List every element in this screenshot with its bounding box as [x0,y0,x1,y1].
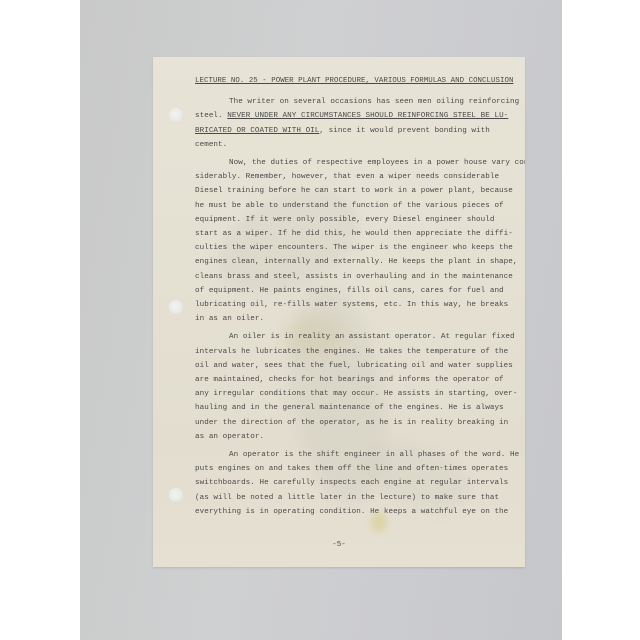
text-line: are maintained, checks for hot bearings … [195,373,511,387]
text-line: switchboards. He carefully inspects each… [195,476,511,490]
punch-hole [169,108,183,122]
text-line: steel. NEVER UNDER ANY CIRCUMSTANCES SHO… [195,109,511,123]
text-line: An operator is the shift engineer in all… [195,448,511,462]
underlined-warning: BRICATED OR COATED WITH OIL [195,127,319,135]
text-line: BRICATED OR COATED WITH OIL, since it wo… [195,124,511,138]
text-line: Diesel training before he can start to w… [195,184,511,198]
text-line: engines clean, internally and externally… [195,255,511,269]
text-line: as an operator. [195,430,511,444]
text-line: under the direction of the operator, as … [195,416,511,430]
lecture-heading: LECTURE NO. 25 - POWER PLANT PROCEDURE, … [195,74,511,88]
text-line: siderably. Remember, however, that even … [195,170,511,184]
text-line: intervals he lubricates the engines. He … [195,345,511,359]
text-line: puts engines on and takes them off the l… [195,462,511,476]
text-line: hauling and in the general maintenance o… [195,401,511,415]
text-line: start as a wiper. If he did this, he wou… [195,227,511,241]
typewritten-page: LECTURE NO. 25 - POWER PLANT PROCEDURE, … [153,57,525,567]
text-fragment: steel. [195,112,223,120]
text-fragment: , since it would prevent bonding with [319,127,489,135]
punch-hole [169,488,183,502]
text-line: An oiler is in reality an assistant oper… [195,330,511,344]
text-line: cleans brass and steel, assists in overh… [195,270,511,284]
paragraph-operator-duties: An operator is the shift engineer in all… [195,448,511,519]
text-line: of equipment. He paints engines, fills o… [195,284,511,298]
text-line: lubricating oil, re-fills water systems,… [195,298,511,312]
text-line: cement. [195,138,511,152]
text-line: equipment. If it were only possible, eve… [195,213,511,227]
text-line: in as an oiler. [195,312,511,326]
text-line: everything is in operating condition. He… [195,505,511,519]
paragraph-oiling-steel: The writer on several occasions has seen… [195,95,511,152]
text-line: Now, the duties of respective employees … [195,156,511,170]
text-line: (as will be noted a little later in the … [195,491,511,505]
text-line: The writer on several occasions has seen… [195,95,511,109]
punch-hole [169,300,183,314]
paragraph-oiler-duties: An oiler is in reality an assistant oper… [195,330,511,444]
page-number: -5- [153,541,525,549]
underlined-warning: NEVER UNDER ANY CIRCUMSTANCES SHOULD REI… [227,112,508,120]
text-line: he must be able to understand the functi… [195,199,511,213]
text-line: culties the wiper encounters. The wiper … [195,241,511,255]
paragraph-wiper-duties: Now, the duties of respective employees … [195,156,511,326]
document-body: LECTURE NO. 25 - POWER PLANT PROCEDURE, … [195,74,511,523]
text-line: any irregular conditions that may occur.… [195,387,511,401]
text-line: oil and water, sees that the fuel, lubri… [195,359,511,373]
